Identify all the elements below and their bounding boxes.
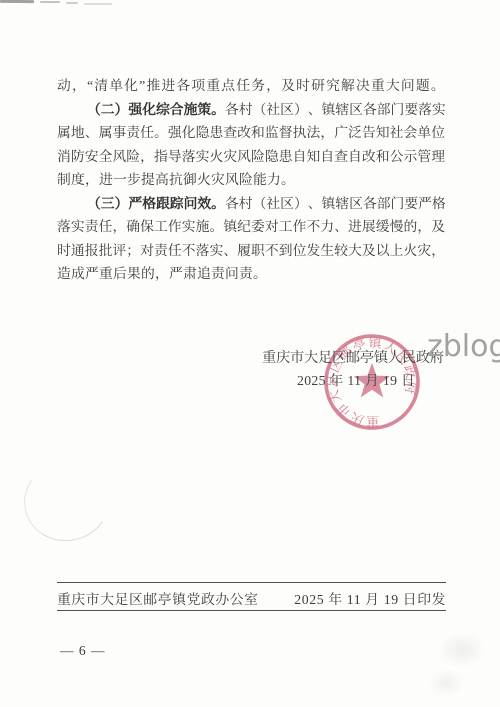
scan-artifact [66,2,78,4]
body-line: 落实责任，确保工作实施。镇纪委对工作不力、进展缓慢的，及 [57,215,445,239]
signature-organization: 重庆市大足区邮亭镇人民政府 [262,347,444,367]
signature-date: 2025 年 11 月 19 日 [297,369,415,389]
scan-artifact [0,0,34,3]
scan-artifact [84,3,112,5]
footer-print-date: 2025 年 11 月 19 日印发 [294,588,446,608]
watermark-zblog: zblog [427,329,500,365]
page-number: — 6 — [60,643,106,659]
scan-crease-artifact [17,453,118,549]
footer-divider-bottom [57,610,446,611]
footer-issuing-office: 重庆市大足区邮亭镇党政办公室 [57,588,259,608]
scan-smudge [438,632,486,668]
body-line: （二）强化综合施策。各村（社区）、镇辖区各部门要落实 [57,98,445,122]
scan-artifact [40,1,60,3]
body-line: （三）严格跟踪问效。各村（社区）、镇辖区各部门要严格 [57,192,445,216]
footer-divider-top [57,582,446,583]
body-line: 造成严重后果的，严肃追责问责。 [57,262,445,286]
body-line: 消防安全风险，指导落实火灾风险隐患自知自查自改和公示管理 [57,145,445,169]
body-line: 属地、属事责任。强化隐患查改和监督执法，广泛告知社会单位 [57,121,445,145]
footer: 重庆市大足区邮亭镇党政办公室 2025 年 11 月 19 日印发 [57,588,446,608]
scanned-document-page: 动，“清单化”推进各项重点任务，及时研究解决重大问题。（二）强化综合施策。各村（… [0,0,500,707]
document-body: 动，“清单化”推进各项重点任务，及时研究解决重大问题。（二）强化综合施策。各村（… [57,74,445,286]
body-line: 制度，进一步提高抗御火灾风险能力。 [57,168,445,192]
scan-smudge [428,668,464,698]
body-line: 动，“清单化”推进各项重点任务，及时研究解决重大问题。 [57,74,445,98]
body-line: 时通报批评；对责任不落实、履职不到位发生较大及以上火灾， [57,239,445,263]
